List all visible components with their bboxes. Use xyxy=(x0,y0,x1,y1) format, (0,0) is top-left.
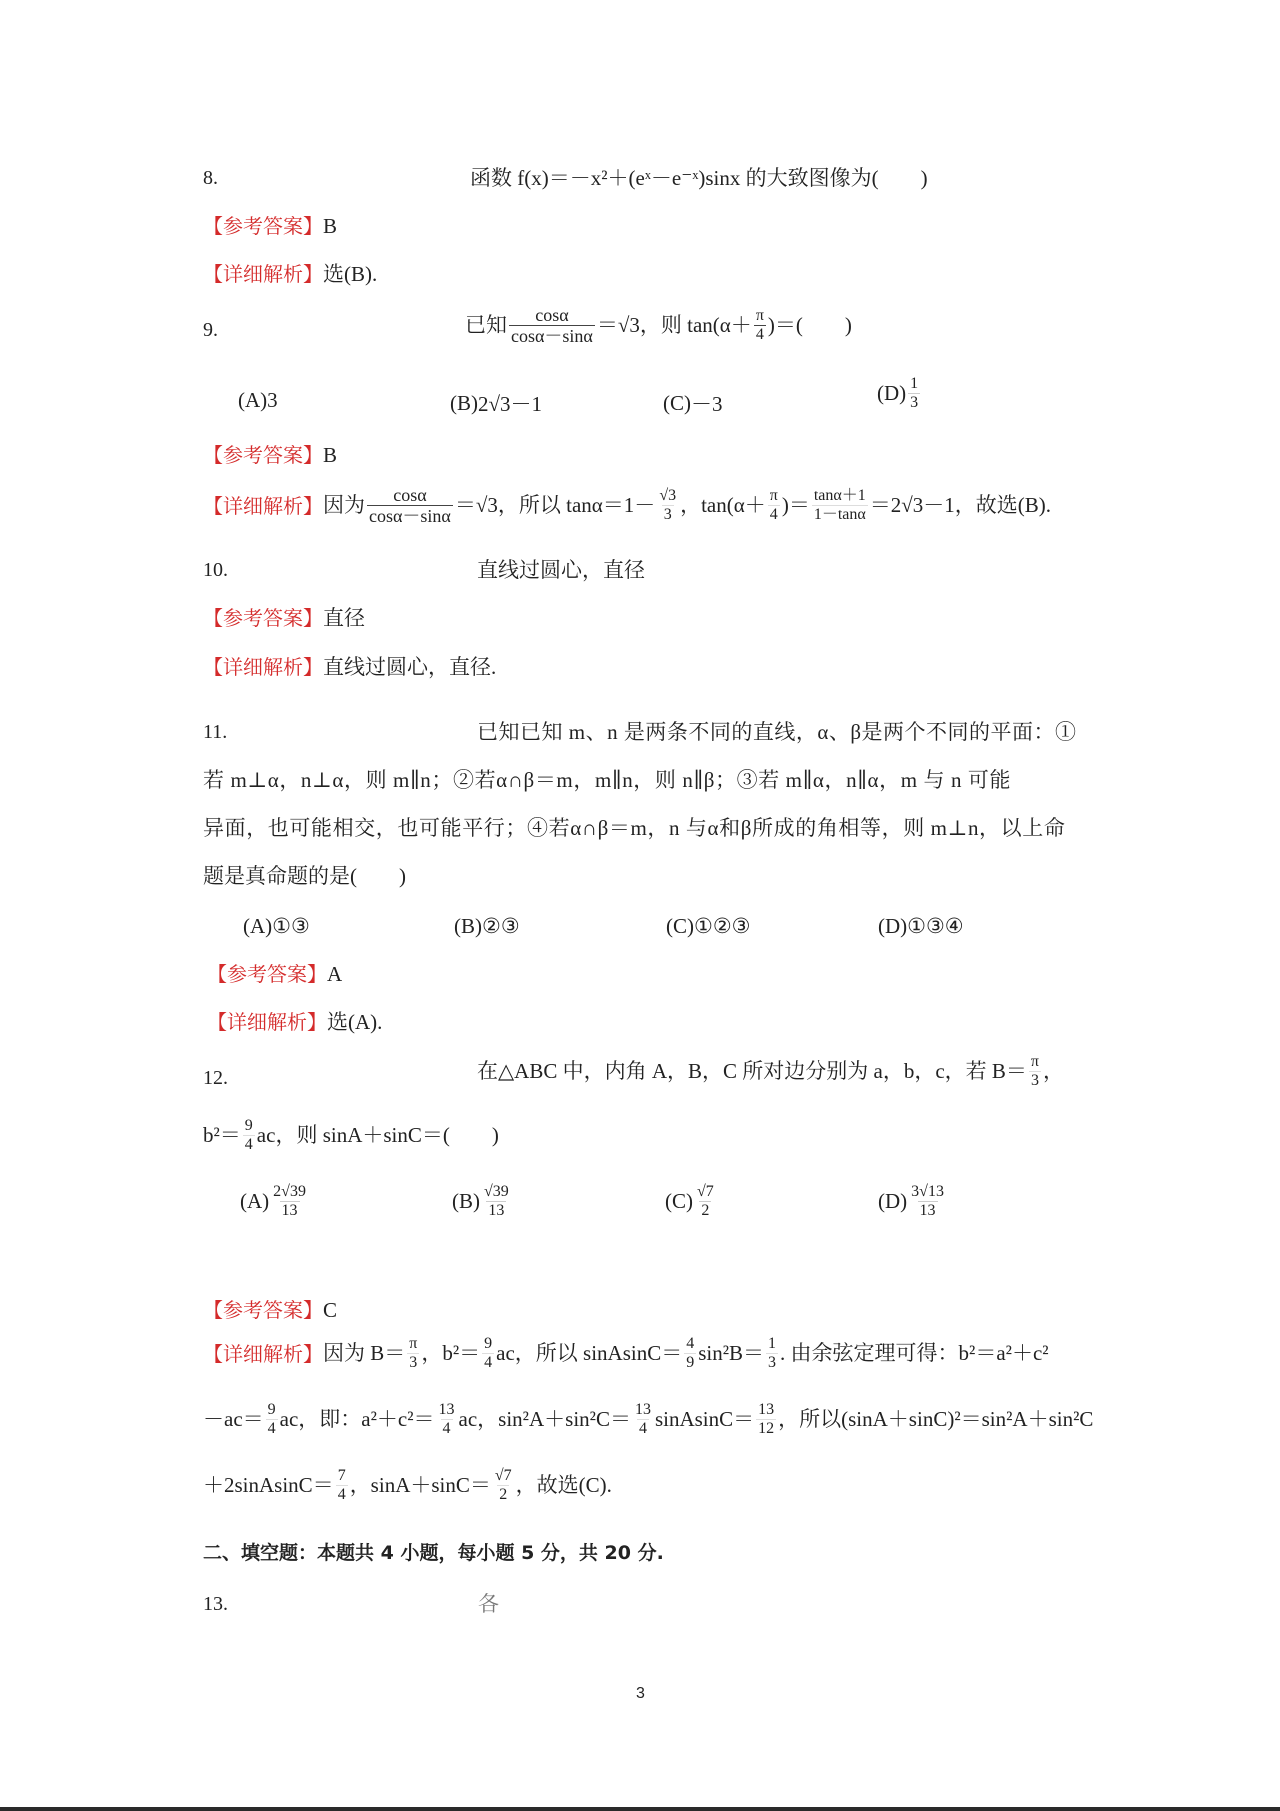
q8-answer: 【参考答案】B xyxy=(203,216,337,237)
q9-option-b: (B)2√3－1 xyxy=(450,388,542,418)
q10-answer-value: 直径 xyxy=(323,606,365,630)
option-label: (D) xyxy=(877,381,906,406)
option-value: －3 xyxy=(691,388,723,418)
q8-analysis: 【详细解析】选(B). xyxy=(203,264,377,285)
option-value: ①③④ xyxy=(907,914,963,939)
bottom-edge xyxy=(0,1807,1280,1811)
fraction-denominator: 13 xyxy=(486,1201,506,1220)
analysis-text: . 由余弦定理可得：b²＝a²＋c² xyxy=(780,1343,1049,1364)
fraction-denominator: 4 xyxy=(441,1419,453,1438)
option-value: 3 xyxy=(267,388,278,413)
answer-label: 【参考答案】 xyxy=(203,443,323,467)
fraction-denominator: 4 xyxy=(482,1353,494,1372)
option-fraction: 1 3 xyxy=(908,376,920,412)
analysis-fraction: 49 xyxy=(684,1336,696,1372)
q8-analysis-text: 选(B). xyxy=(323,262,377,286)
fraction-numerator: √7 xyxy=(493,1468,514,1485)
fraction-numerator: tanα＋1 xyxy=(812,488,868,505)
q10-analysis: 【详细解析】直线过圆心，直径. xyxy=(203,657,496,678)
q9-stem-close: ) xyxy=(845,315,852,336)
fraction-numerator: 7 xyxy=(336,1468,348,1485)
analysis-text: sinAsinC＝ xyxy=(655,1409,754,1430)
analysis-text: 因为 xyxy=(323,495,365,516)
option-label: (B) xyxy=(452,1189,480,1214)
option-fraction: √39 13 xyxy=(482,1184,511,1220)
analysis-fraction: 74 xyxy=(336,1468,348,1504)
option-label: (C) xyxy=(666,914,694,939)
analysis-text: sin²B＝ xyxy=(698,1343,764,1364)
q11-option-d: (D)①③④ xyxy=(878,914,964,939)
q12-option-b: (B) √39 13 xyxy=(452,1184,513,1220)
analysis-text: ac，所以 sinAsinC＝ xyxy=(496,1343,682,1364)
q10-answer: 【参考答案】直径 xyxy=(203,608,365,629)
q8-answer-value: B xyxy=(323,214,337,238)
q12-line1: 在△ABC 中，内角 A，B，C 所对边分别为 a，b，c，若 B＝ π 3 ， xyxy=(477,1054,1064,1090)
analysis-text: ＝2√3－1，故选(B). xyxy=(870,495,1051,516)
q9-answer-value: B xyxy=(323,443,337,467)
q12-answer: 【参考答案】C xyxy=(203,1300,337,1321)
q11-line4: 题是真命题的是( ) xyxy=(203,866,406,887)
fraction-denominator: 2 xyxy=(699,1201,711,1220)
pi-over-3: π 3 xyxy=(1029,1054,1041,1090)
analysis-fraction: 13 xyxy=(766,1336,778,1372)
option-label: (A) xyxy=(238,388,267,413)
analysis-fraction: √72 xyxy=(493,1468,514,1504)
fraction-numerator: 9 xyxy=(266,1402,278,1419)
q13-number: 13. xyxy=(203,1594,228,1614)
fraction-denominator: 4 xyxy=(243,1135,255,1154)
fraction-denominator: 4 xyxy=(336,1485,348,1504)
q11-line1: 已知已知 m、n 是两条不同的直线，α、β是两个不同的平面：① xyxy=(477,722,1077,743)
q9-pi-over-4: π 4 xyxy=(754,308,766,344)
analysis-fraction: 134 xyxy=(633,1402,653,1438)
analysis-fraction: cosα cosα－sinα xyxy=(367,486,453,526)
analysis-text: ＋2sinAsinC＝ xyxy=(203,1475,334,1496)
q12-analysis-line1: 【详细解析】 因为 B＝ π3 ，b²＝ 94 ac，所以 sinAsinC＝ … xyxy=(203,1336,1049,1372)
fraction-denominator: cosα－sinα xyxy=(509,325,595,346)
option-label: (A) xyxy=(243,914,272,939)
q8-stem: 函数 f(x)＝－x²＋(eˣ－e⁻ˣ)sinx 的大致图像为( ) xyxy=(470,168,928,189)
fraction-denominator: 4 xyxy=(637,1419,649,1438)
q10-number: 10. xyxy=(203,560,228,580)
fraction-numerator: π xyxy=(754,308,766,325)
analysis-fraction: 1312 xyxy=(756,1402,776,1438)
fraction-numerator: √3 xyxy=(657,488,678,505)
analysis-label: 【详细解析】 xyxy=(203,496,323,516)
analysis-text: ＝√3，所以 tanα＝1－ xyxy=(455,495,655,516)
analysis-text: ，所以(sinA＋sinC)²＝sin²A＋sin²C xyxy=(778,1409,1093,1430)
analysis-text: 因为 B＝ xyxy=(323,1343,405,1364)
q12-option-a: (A) 2√39 13 xyxy=(240,1184,310,1220)
analysis-text: ，故选(C). xyxy=(516,1475,612,1496)
fraction-numerator: 1 xyxy=(908,376,920,393)
q11-analysis-text: 选(A). xyxy=(327,1010,382,1034)
q11-number: 11. xyxy=(203,722,227,742)
page-number: 3 xyxy=(636,1686,645,1702)
option-label: (D) xyxy=(878,914,907,939)
q12-number: 12. xyxy=(203,1068,228,1088)
fraction-numerator: 13 xyxy=(633,1402,653,1419)
q11-option-b: (B)②③ xyxy=(454,914,520,939)
option-label: (B) xyxy=(450,391,478,416)
q12-line1-text: 在△ABC 中，内角 A，B，C 所对边分别为 a，b，c，若 B＝ xyxy=(477,1061,1027,1082)
analysis-text: ，tan(α＋ xyxy=(680,495,766,516)
fraction-numerator: cosα xyxy=(533,306,570,325)
q12-line2-tail: ac，则 sinA＋sinC＝( ) xyxy=(257,1125,499,1146)
option-label: (A) xyxy=(240,1189,269,1214)
fraction-numerator: cosα xyxy=(391,486,428,505)
answer-label: 【参考答案】 xyxy=(203,214,323,238)
q9-analysis: 【详细解析】 因为 cosα cosα－sinα ＝√3，所以 tanα＝1－ … xyxy=(203,486,1051,526)
fraction-numerator: 9 xyxy=(482,1336,494,1353)
q11-line2: 若 m⊥α，n⊥α，则 m∥n；②若α∩β＝m，m∥n，则 n∥β；③若 m∥α… xyxy=(203,770,1011,791)
analysis-fraction: π3 xyxy=(407,1336,419,1372)
analysis-text: )＝ xyxy=(782,495,810,516)
fraction-denominator: 3 xyxy=(407,1353,419,1372)
fraction-numerator: π xyxy=(407,1336,419,1353)
q12-option-d: (D) 3√13 13 xyxy=(878,1184,948,1220)
analysis-label: 【详细解析】 xyxy=(203,1344,323,1364)
fraction-numerator: 4 xyxy=(684,1336,696,1353)
option-value: ①③ xyxy=(272,914,310,939)
analysis-fraction: √3 3 xyxy=(657,488,678,524)
option-value: ①②③ xyxy=(694,914,750,939)
q9-option-c: (C)－3 xyxy=(663,388,723,418)
q11-answer-value: A xyxy=(327,962,342,986)
option-label: (B) xyxy=(454,914,482,939)
fraction-denominator: 4 xyxy=(754,325,766,344)
option-fraction: √7 2 xyxy=(695,1184,716,1220)
analysis-fraction: 94 xyxy=(482,1336,494,1372)
section-heading: 二、填空题：本题共 4 小题，每小题 5 分，共 20 分. xyxy=(203,1544,664,1563)
option-label: (C) xyxy=(665,1189,693,1214)
answer-label: 【参考答案】 xyxy=(203,1298,323,1322)
q9-stem: 已知 cosα cosα－sinα ＝√3，则 tan(α＋ π 4 )＝( ) xyxy=(465,306,852,346)
fraction-numerator: 13 xyxy=(756,1402,776,1419)
q12-analysis-line2: －ac＝ 94 ac，即：a²＋c²＝ 134 ac，sin²A＋sin²C＝ … xyxy=(203,1402,1093,1438)
q9-stem-mid: ＝√3，则 tan(α＋ xyxy=(597,315,752,336)
analysis-text: ，sinA＋sinC＝ xyxy=(350,1475,491,1496)
q12-line2-prefix: b²＝ xyxy=(203,1125,241,1146)
fraction-numerator: 9 xyxy=(243,1118,255,1135)
nine-over-four: 9 4 xyxy=(243,1118,255,1154)
comma: ， xyxy=(1043,1061,1064,1082)
q9-answer: 【参考答案】B xyxy=(203,445,337,466)
fraction-denominator: 4 xyxy=(266,1419,278,1438)
fraction-numerator: √7 xyxy=(695,1184,716,1201)
analysis-label: 【详细解析】 xyxy=(207,1010,327,1034)
q9-stem-prefix: 已知 xyxy=(465,315,507,336)
analysis-fraction: tanα＋1 1－tanα xyxy=(812,488,868,524)
q10-stem: 直线过圆心，直径 xyxy=(477,560,645,581)
fraction-denominator: 1－tanα xyxy=(812,505,868,524)
fraction-numerator: 3√13 xyxy=(909,1184,946,1201)
fraction-denominator: 12 xyxy=(756,1419,776,1438)
option-fraction: 2√39 13 xyxy=(271,1184,308,1220)
q11-option-a: (A)①③ xyxy=(243,914,310,939)
analysis-label: 【详细解析】 xyxy=(203,655,323,679)
q9-stem-tail: )＝( xyxy=(768,315,803,336)
q9-number: 9. xyxy=(203,320,218,340)
q10-analysis-text: 直线过圆心，直径. xyxy=(323,655,496,679)
q12-line2: b²＝ 9 4 ac，则 sinA＋sinC＝( ) xyxy=(203,1118,499,1154)
fraction-numerator: 13 xyxy=(437,1402,457,1419)
fraction-denominator: 2 xyxy=(497,1485,509,1504)
q9-option-d: (D) 1 3 xyxy=(877,376,922,412)
answer-label: 【参考答案】 xyxy=(207,962,327,986)
fraction-denominator: 3 xyxy=(908,393,920,412)
q13-stem: 各 xyxy=(478,1594,499,1615)
option-fraction: 3√13 13 xyxy=(909,1184,946,1220)
fraction-denominator: 9 xyxy=(684,1353,696,1372)
fraction-numerator: 2√39 xyxy=(271,1184,308,1201)
fraction-denominator: 13 xyxy=(280,1201,300,1220)
q9-fraction: cosα cosα－sinα xyxy=(509,306,595,346)
q8-number: 8. xyxy=(203,168,218,188)
analysis-label: 【详细解析】 xyxy=(203,262,323,286)
q11-line3: 异面，也可能相交，也可能平行；④若α∩β＝m，n 与α和β所成的角相等，则 m⊥… xyxy=(203,818,1065,839)
analysis-text: ，b²＝ xyxy=(421,1343,480,1364)
fraction-denominator: 3 xyxy=(662,505,674,524)
q9-option-a: (A)3 xyxy=(238,388,278,413)
analysis-fraction: 134 xyxy=(437,1402,457,1438)
analysis-fraction: 94 xyxy=(266,1402,278,1438)
fraction-denominator: cosα－sinα xyxy=(367,505,453,526)
analysis-text: ac，即：a²＋c²＝ xyxy=(280,1409,435,1430)
fraction-numerator: π xyxy=(768,488,780,505)
answer-label: 【参考答案】 xyxy=(203,606,323,630)
q11-analysis: 【详细解析】选(A). xyxy=(207,1012,382,1033)
analysis-fraction: π 4 xyxy=(768,488,780,524)
fraction-denominator: 3 xyxy=(1029,1071,1041,1090)
fraction-numerator: π xyxy=(1029,1054,1041,1071)
fraction-numerator: √39 xyxy=(482,1184,511,1201)
option-label: (C) xyxy=(663,391,691,416)
fraction-denominator: 13 xyxy=(918,1201,938,1220)
q12-answer-value: C xyxy=(323,1298,337,1322)
option-value: 2√3－1 xyxy=(478,388,542,418)
fraction-denominator: 3 xyxy=(766,1353,778,1372)
analysis-text: －ac＝ xyxy=(203,1409,264,1430)
q11-answer: 【参考答案】A xyxy=(207,964,342,985)
q12-analysis-line3: ＋2sinAsinC＝ 74 ，sinA＋sinC＝ √72 ，故选(C). xyxy=(203,1468,612,1504)
option-value: ②③ xyxy=(482,914,520,939)
fraction-denominator: 4 xyxy=(768,505,780,524)
fraction-numerator: 1 xyxy=(766,1336,778,1353)
q11-option-c: (C)①②③ xyxy=(666,914,750,939)
option-label: (D) xyxy=(878,1189,907,1214)
analysis-text: ac，sin²A＋sin²C＝ xyxy=(459,1409,631,1430)
q12-option-c: (C) √7 2 xyxy=(665,1184,718,1220)
